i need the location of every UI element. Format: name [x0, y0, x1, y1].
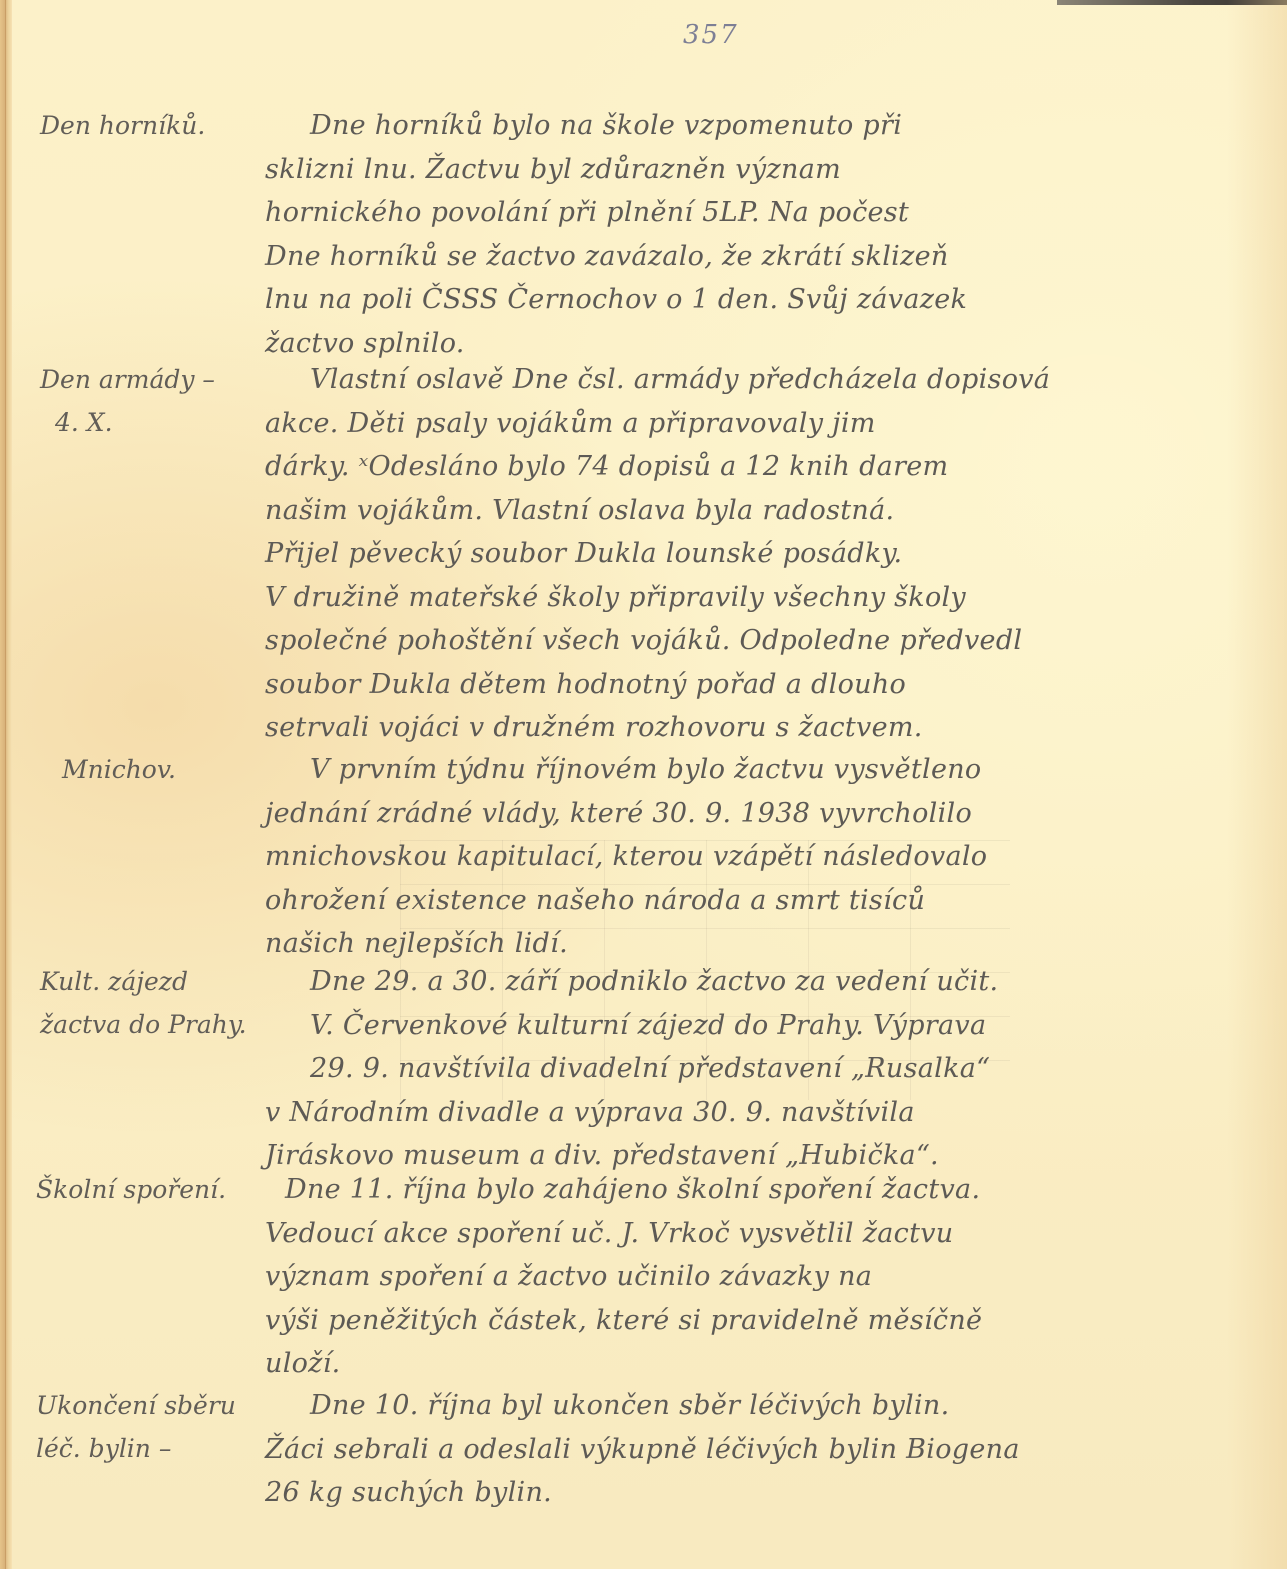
heading-line: Den horníků.	[40, 104, 270, 147]
heading-line: Kult. zájezd	[40, 960, 270, 1003]
heading-line: Školní spoření.	[36, 1168, 266, 1211]
body-line: lnu na poli ČSSS Černochov o 1 den. Svůj…	[265, 278, 1265, 322]
body-line: v Národním divadle a výprava 30. 9. navš…	[265, 1091, 1265, 1135]
margin-heading: Školní spoření.	[36, 1168, 266, 1211]
body-line: Dne 29. a 30. září podniklo žactvo za ve…	[265, 960, 1265, 1004]
heading-line: Ukončení sběru	[36, 1384, 266, 1427]
body-line: V družině mateřské školy připravily všec…	[265, 576, 1265, 620]
entry-body: Dne 29. a 30. září podniklo žactvo za ve…	[265, 960, 1265, 1178]
margin-heading: Mnichov.	[62, 748, 292, 791]
body-line: našim vojákům. Vlastní oslava byla rados…	[265, 489, 1265, 533]
body-line: sklizni lnu. Žactvu byl zdůrazněn význam	[265, 148, 1265, 192]
entry-body: V prvním týdnu říjnovém bylo žactvu vysv…	[265, 748, 1265, 966]
body-line: Vlastní oslavě Dne čsl. armády předcháze…	[265, 358, 1265, 402]
heading-date: 4. X.	[40, 401, 270, 444]
heading-line: Den armády –	[40, 358, 270, 401]
body-line: Dne 11. října bylo zahájeno školní spoře…	[265, 1168, 1265, 1212]
body-line: 26 kg suchých bylin.	[265, 1471, 1265, 1515]
body-line: jednání zrádné vlády, které 30. 9. 1938 …	[265, 792, 1265, 836]
body-line: Přijel pěvecký soubor Dukla lounské posá…	[265, 532, 1265, 576]
body-line: hornického povolání při plnění 5LP. Na p…	[265, 191, 1265, 235]
body-line: Dne horníků se žactvo zavázalo, že zkrát…	[265, 235, 1265, 279]
entry-body: Dne horníků bylo na škole vzpomenuto při…	[265, 104, 1265, 365]
body-line: význam spoření a žactvo učinilo závazky …	[265, 1255, 1265, 1299]
margin-heading: Ukončení sběru léč. bylin –	[36, 1384, 266, 1470]
body-line: V. Červenkové kulturní zájezd do Prahy. …	[265, 1004, 1265, 1048]
margin-heading: Kult. zájezd žactva do Prahy.	[40, 960, 270, 1046]
body-line: Žáci sebrali a odeslali výkupně léčivých…	[265, 1428, 1265, 1472]
body-line: výši peněžitých částek, které si pravide…	[265, 1299, 1265, 1343]
entry-body: Dne 11. října bylo zahájeno školní spoře…	[265, 1168, 1265, 1386]
body-line: V prvním týdnu říjnovém bylo žactvu vysv…	[265, 748, 1265, 792]
body-line: dárky. ˣOdesláno bylo 74 dopisů a 12 kni…	[265, 445, 1265, 489]
margin-heading: Den horníků.	[40, 104, 270, 147]
book-binding-edge	[0, 0, 12, 1569]
heading-line: Mnichov.	[62, 748, 292, 791]
body-line: ohrožení existence našeho národa a smrt …	[265, 879, 1265, 923]
body-line: 29. 9. navštívila divadelní představení …	[265, 1047, 1265, 1091]
body-line: uloží.	[265, 1342, 1265, 1386]
body-line: soubor Dukla dětem hodnotný pořad a dlou…	[265, 663, 1265, 707]
entry-body: Dne 10. října byl ukončen sběr léčivých …	[265, 1384, 1265, 1515]
page-number: 357	[683, 20, 739, 50]
heading-line: žactva do Prahy.	[40, 1003, 270, 1046]
body-line: akce. Děti psaly vojákům a připravovaly …	[265, 402, 1265, 446]
body-line: našich nejlepších lidí.	[265, 922, 1265, 966]
body-line: Dne 10. října byl ukončen sběr léčivých …	[265, 1384, 1265, 1428]
heading-line: léč. bylin –	[36, 1427, 266, 1470]
margin-heading: Den armády – 4. X.	[40, 358, 270, 444]
body-line: Dne horníků bylo na škole vzpomenuto při	[265, 104, 1265, 148]
body-line: společné pohoštění všech vojáků. Odpoled…	[265, 619, 1265, 663]
body-line: mnichovskou kapitulací, kterou vzápětí n…	[265, 835, 1265, 879]
body-line: setrvali vojáci v družném rozhovoru s ža…	[265, 706, 1265, 750]
body-line: Vedoucí akce spoření uč. J. Vrkoč vysvět…	[265, 1212, 1265, 1256]
entry-body: Vlastní oslavě Dne čsl. armády předcháze…	[265, 358, 1265, 750]
chronicle-page: 357 Den horníků. Dne horníků bylo na ško…	[0, 0, 1287, 1569]
